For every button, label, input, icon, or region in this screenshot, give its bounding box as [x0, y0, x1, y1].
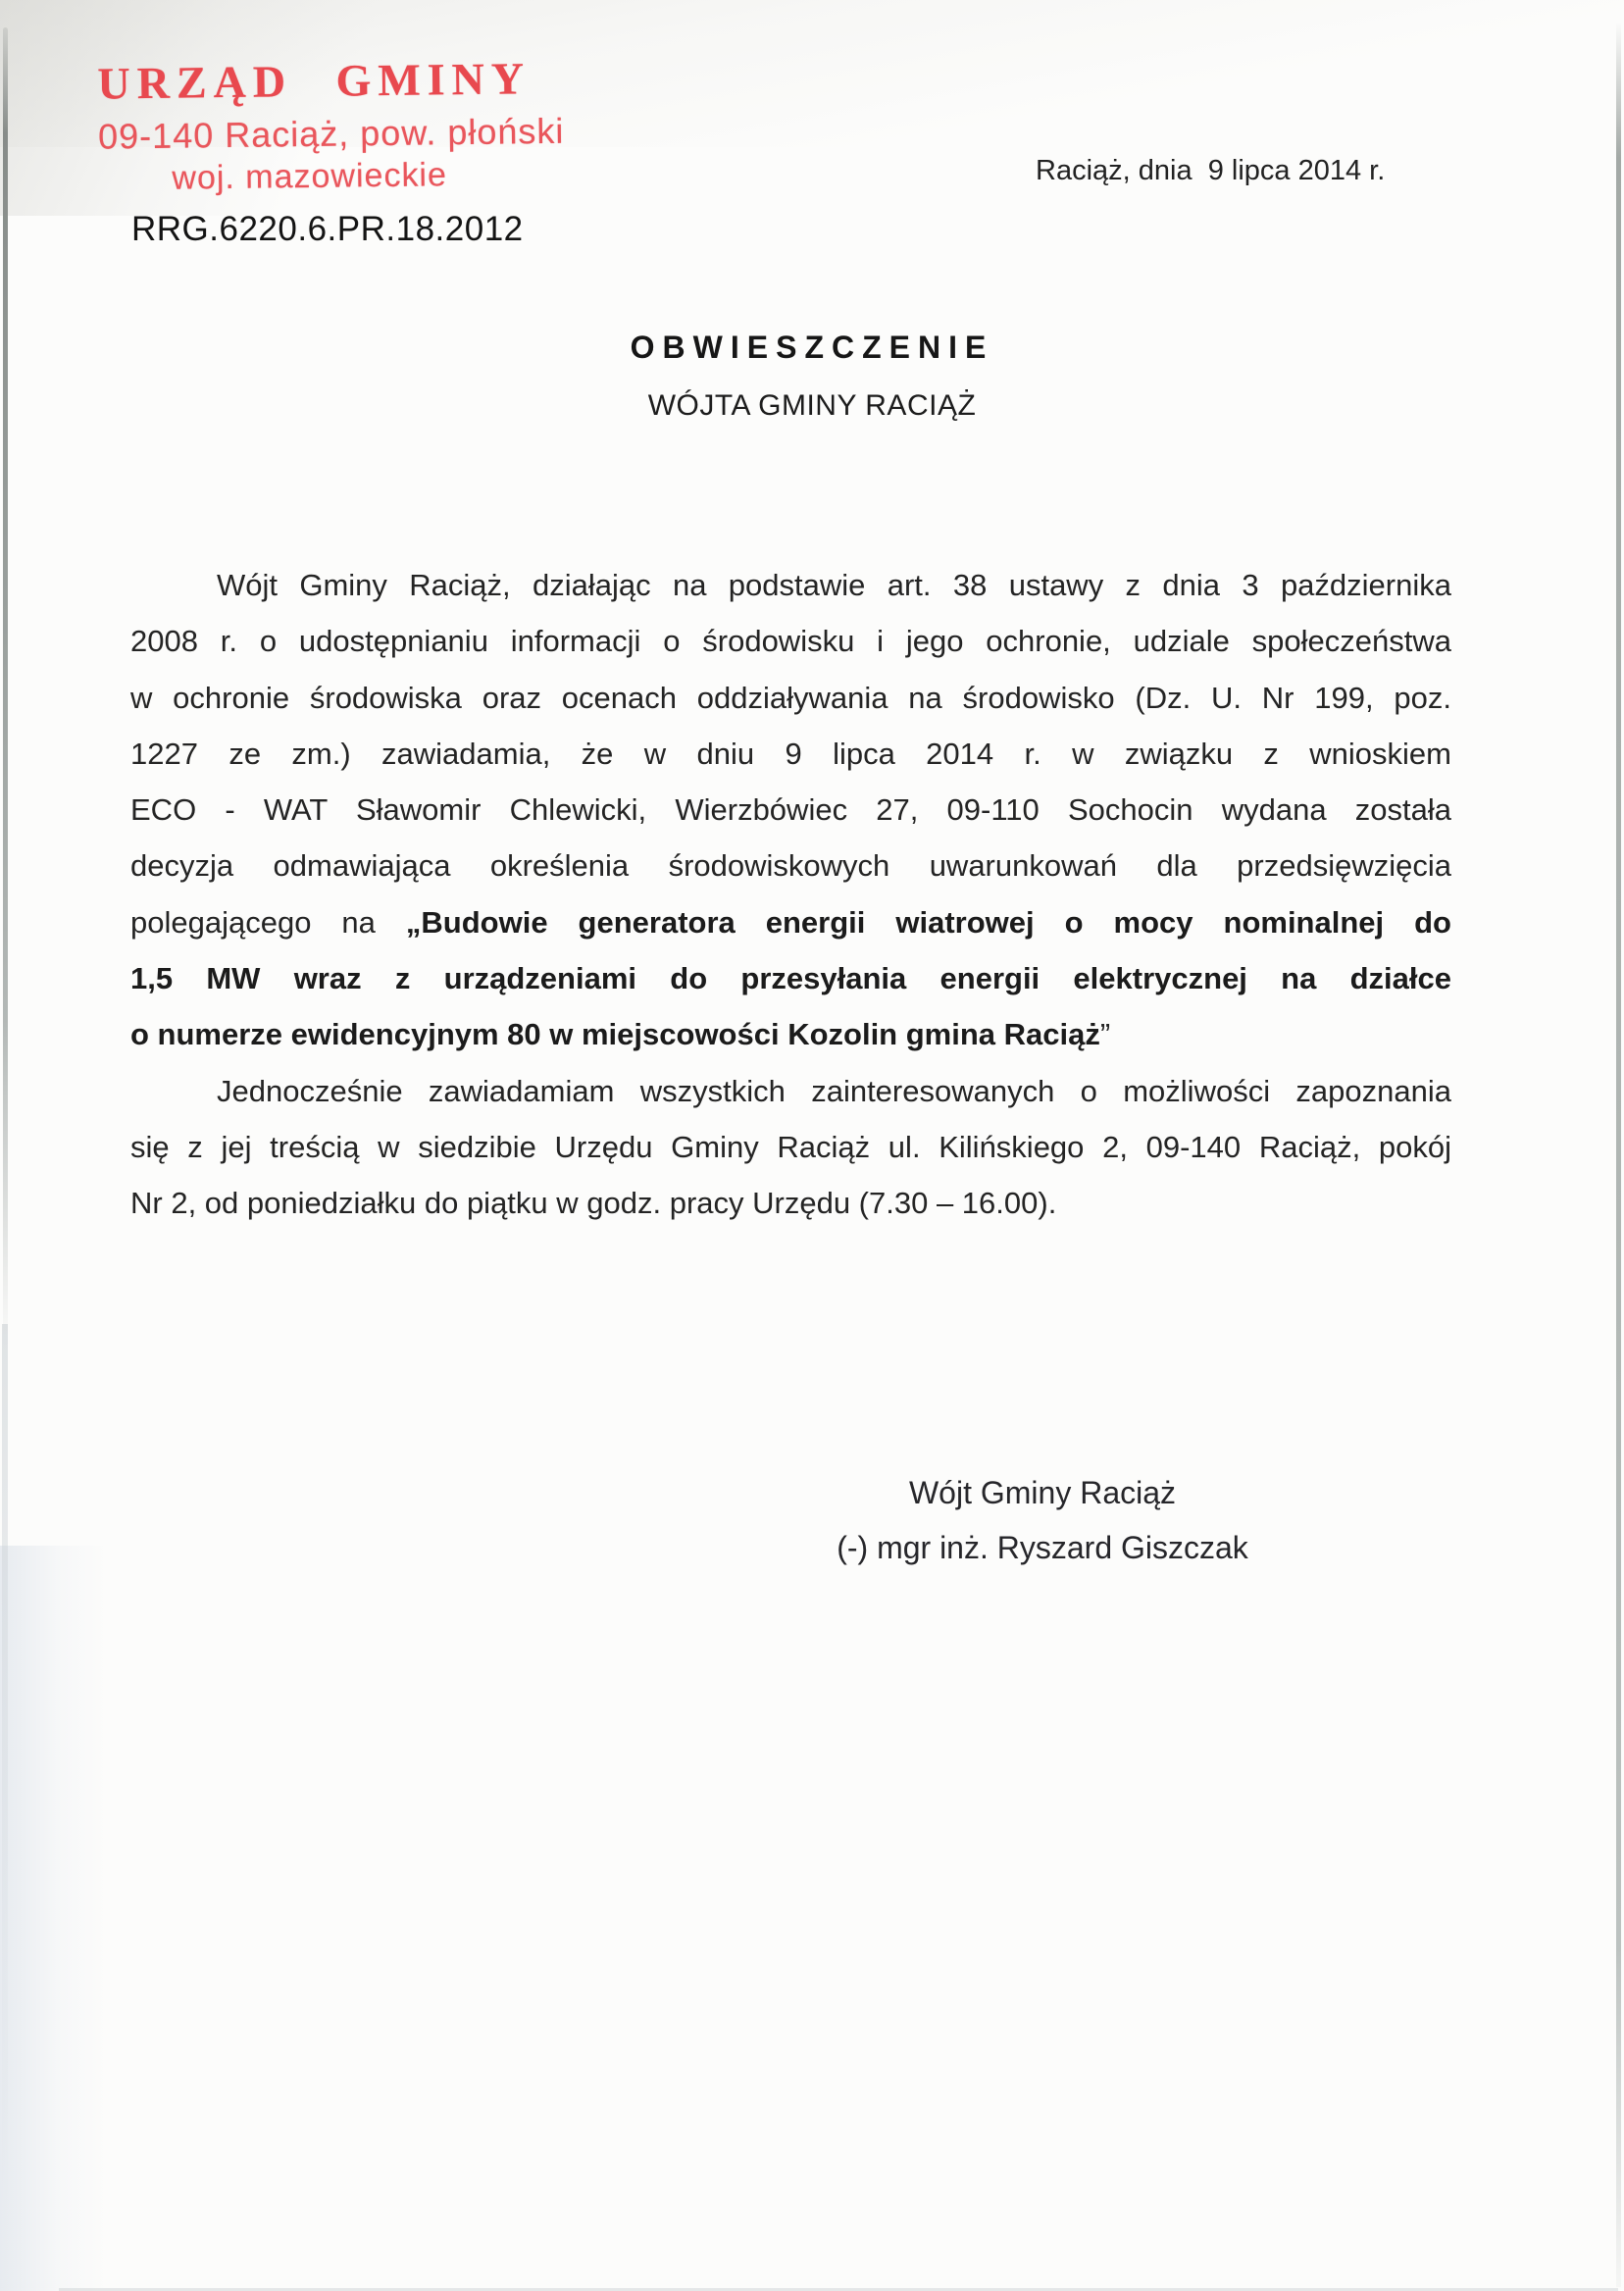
scan-edge-left [3, 27, 8, 1351]
office-stamp: URZĄD GMINY 09-140 Raciąż, pow. płoński … [97, 52, 521, 198]
body-segment-bold: 1,5 MW wraz z urządzeniami do przesyłani… [130, 961, 1451, 995]
body-segment: w ochronie środowiska oraz ocenach oddzi… [130, 681, 1451, 715]
body-segment: się z jej treścią w siedzibie Urzędu Gmi… [130, 1130, 1451, 1164]
body-segment-bold: „Budowie generatora energii wiatrowej o … [406, 905, 1451, 940]
stamp-voivodeship-line: woj. mazowieckie [98, 155, 520, 198]
body-line: decyzja odmawiająca określenia środowisk… [130, 838, 1451, 893]
stamp-office-name: URZĄD GMINY [97, 52, 520, 109]
body-segment: 2008 r. o udostępnianiu informacji o śro… [130, 624, 1451, 658]
reference-number: RRG.6220.6.PR.18.2012 [131, 210, 524, 249]
body-line: Nr 2, od poniedziałku do piątku w godz. … [130, 1175, 1451, 1231]
date-line: Raciąż, dnia 9 lipca 2014 r. [1036, 155, 1385, 187]
scan-edge-left-lower [2, 1324, 8, 2207]
document-subtitle: WÓJTA GMINY RACIĄŻ [518, 389, 1106, 423]
body-segment: decyzja odmawiająca określenia środowisk… [130, 848, 1451, 883]
scanned-document-page: URZĄD GMINY 09-140 Raciąż, pow. płoński … [0, 0, 1624, 2291]
body-line: 1227 ze zm.) zawiadamia, że w dniu 9 lip… [130, 726, 1451, 782]
scan-shadow-bottom-left [0, 1546, 108, 2291]
body-line: 2008 r. o udostępnianiu informacji o śro… [130, 613, 1451, 669]
body-line: polegającego na „Budowie generatora ener… [130, 894, 1451, 950]
body-line: się z jej treścią w siedzibie Urzędu Gmi… [130, 1119, 1451, 1175]
signature-block: Wójt Gminy Raciąż (-) mgr inż. Ryszard G… [812, 1465, 1273, 1575]
body-segment: Jednocześnie zawiadamiam wszystkich zain… [217, 1074, 1451, 1108]
signature-role: Wójt Gminy Raciąż [812, 1465, 1273, 1520]
scan-edge-right [1616, 22, 1621, 2287]
stamp-address-line: 09-140 Raciąż, pow. płoński [98, 111, 520, 157]
body-segment: ” [1100, 1017, 1110, 1051]
body-segment: ECO - WAT Sławomir Chlewicki, Wierzbówie… [130, 792, 1451, 827]
body-line: Wójt Gminy Raciąż, działając na podstawi… [130, 557, 1451, 613]
signature-name: (-) mgr inż. Ryszard Giszczak [812, 1520, 1273, 1575]
body-line: ECO - WAT Sławomir Chlewicki, Wierzbówie… [130, 782, 1451, 838]
body-line: Jednocześnie zawiadamiam wszystkich zain… [130, 1063, 1451, 1119]
document-title: OBWIESZCZENIE [518, 330, 1106, 366]
body-segment: 1227 ze zm.) zawiadamia, że w dniu 9 lip… [130, 737, 1451, 771]
body-text: Wójt Gminy Raciąż, działając na podstawi… [130, 557, 1451, 1232]
body-segment: polegającego na [130, 905, 406, 940]
body-segment: Wójt Gminy Raciąż, działając na podstawi… [217, 568, 1451, 602]
body-line: o numerze ewidencyjnym 80 w miejscowości… [130, 1006, 1451, 1062]
body-line: 1,5 MW wraz z urządzeniami do przesyłani… [130, 950, 1451, 1006]
body-segment-bold: o numerze ewidencyjnym 80 w miejscowości… [130, 1017, 1100, 1051]
body-segment: Nr 2, od poniedziałku do piątku w godz. … [130, 1186, 1056, 1220]
title-block: OBWIESZCZENIE WÓJTA GMINY RACIĄŻ [518, 330, 1106, 423]
body-line: w ochronie środowiska oraz ocenach oddzi… [130, 670, 1451, 726]
